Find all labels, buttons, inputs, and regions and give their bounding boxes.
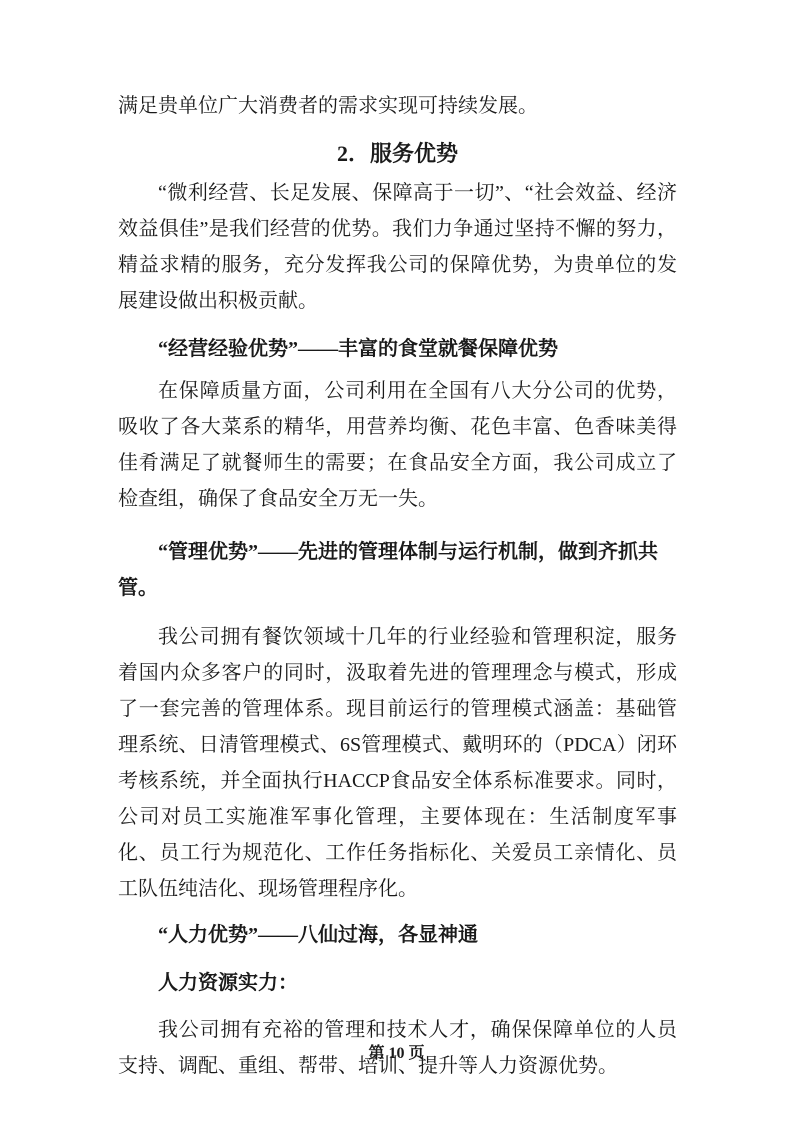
page-number: 第 10 页 [0, 1044, 793, 1064]
paragraph-operating-experience: 在保障质量方面，公司利用在全国有八大分公司的优势，吸收了各大菜系的精华，用营养均… [118, 373, 677, 517]
subsection-heading-management-advantage: “管理优势”——先进的管理体制与运行机制，做到齐抓共管。 [118, 534, 677, 606]
minor-heading-hr-strength: 人力资源实力： [118, 965, 677, 1001]
intro-paragraph: “微利经营、长足发展、保障高于一切”、“社会效益、经济效益俱佳”是我们经营的优势… [118, 175, 677, 319]
subsection-heading-operating-experience: “经营经验优势”——丰富的食堂就餐保障优势 [118, 331, 677, 367]
subsection-heading-manpower-advantage: “人力优势”——八仙过海，各显神通 [118, 917, 677, 953]
document-page: 满足贵单位广大消费者的需求实现可持续发展。 2．服务优势 “微利经营、长足发展、… [0, 0, 793, 1122]
section-heading-service-advantages: 2．服务优势 [118, 138, 677, 170]
paragraph-management-advantage: 我公司拥有餐饮领域十几年的行业经验和管理积淀，服务着国内众多客户的同时，汲取着先… [118, 619, 677, 907]
continuation-paragraph: 满足贵单位广大消费者的需求实现可持续发展。 [118, 88, 677, 124]
